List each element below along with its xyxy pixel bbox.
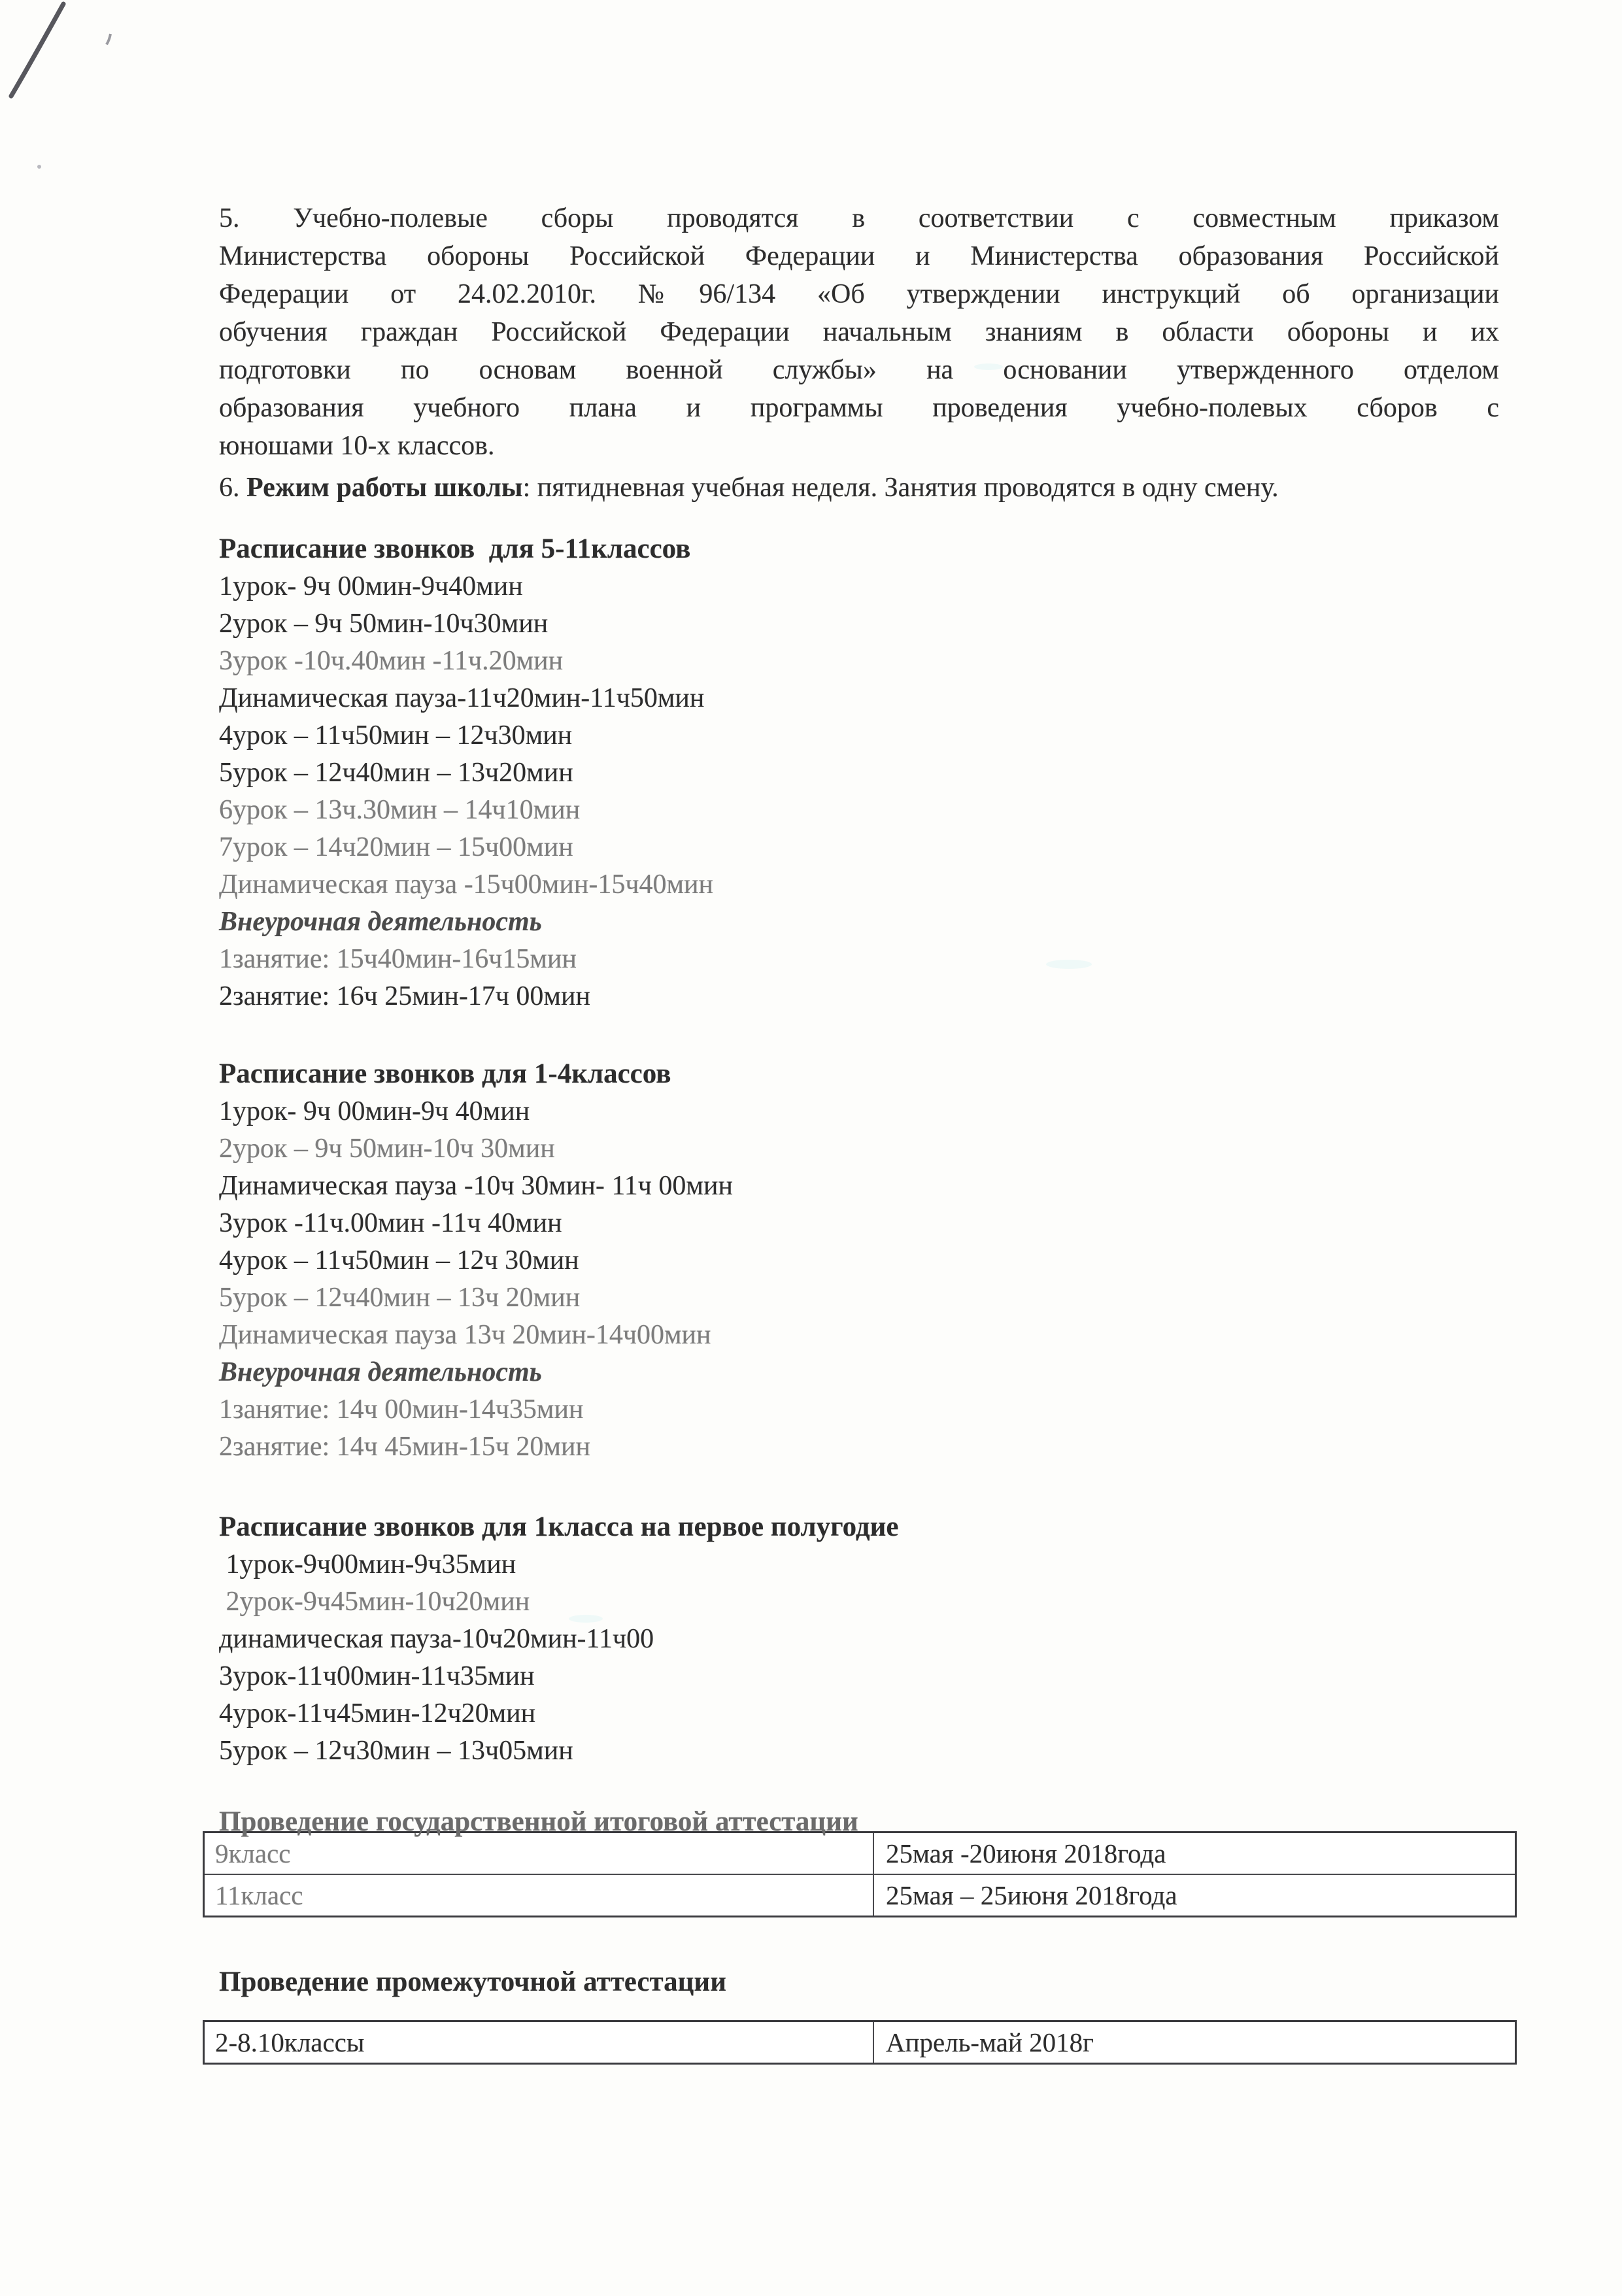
schedule-5-11-lines: 1урок- 9ч 00мин-9ч40мин 2урок – 9ч 50мин… bbox=[219, 567, 1499, 1015]
schedule-line: 3урок -10ч.40мин -11ч.20мин bbox=[219, 642, 1499, 679]
paragraph-field-training: 5. Учебно-полевые сборы проводятся в соо… bbox=[219, 199, 1499, 427]
paragraph-line: 5. Учебно-полевые сборы проводятся в соо… bbox=[219, 199, 1499, 237]
schedule-line: 5урок – 12ч40мин – 13ч 20мин bbox=[219, 1279, 1499, 1316]
paragraph-school-regime: 6. Режим работы школы: пятидневная учебн… bbox=[219, 469, 1499, 507]
schedule-line: 3урок-11ч00мин-11ч35мин bbox=[219, 1657, 1499, 1695]
schedule-line: 2урок – 9ч 50мин-10ч30мин bbox=[219, 605, 1499, 642]
schedule-line: 4урок – 11ч50мин – 12ч 30мин bbox=[219, 1241, 1499, 1279]
schedule-1-4-title: Расписание звонков для 1-4классов bbox=[219, 1055, 1499, 1092]
schedule-line: Динамическая пауза -10ч 30мин- 11ч 00мин bbox=[219, 1167, 1499, 1204]
schedule-line: динамическая пауза-10ч20мин-11ч00 bbox=[219, 1620, 1499, 1657]
schedule-line: Динамическая пауза-11ч20мин-11ч50мин bbox=[219, 679, 1499, 717]
schedule-line: Динамическая пауза 13ч 20мин-14ч00мин bbox=[219, 1316, 1499, 1353]
schedule-line: 1урок- 9ч 00мин-9ч40мин bbox=[219, 567, 1499, 605]
table-cell-dates: Апрель-май 2018г bbox=[874, 2022, 1515, 2063]
schedule-line: 1занятие: 14ч 00мин-14ч35мин bbox=[219, 1391, 1499, 1428]
paragraph-last-line: юношами 10-х классов. bbox=[219, 427, 1499, 465]
table-cell-dates: 25мая – 25июня 2018года bbox=[874, 1875, 1515, 1916]
schedule-1-4-lines: 1урок- 9ч 00мин-9ч 40мин 2урок – 9ч 50ми… bbox=[219, 1092, 1499, 1465]
schedule-line: 1урок- 9ч 00мин-9ч 40мин bbox=[219, 1092, 1499, 1130]
paragraph-line: Федерации от 24.02.2010г. №96/134 «Об ут… bbox=[219, 275, 1499, 313]
schedule-1-4-section: Расписание звонков для 1-4классов 1урок-… bbox=[219, 1055, 1499, 1465]
schedule-line: 2занятие: 14ч 45мин-15ч 20мин bbox=[219, 1428, 1499, 1465]
table-cell-class: 11класс bbox=[205, 1875, 874, 1916]
paragraph-line: подготовки по основам военной службы» на… bbox=[219, 351, 1499, 389]
scanned-document-page: 5. Учебно-полевые сборы проводятся в соо… bbox=[0, 0, 1622, 2296]
schedule-line: Внеурочная деятельность bbox=[219, 1353, 1499, 1391]
schedule-line: 4урок – 11ч50мин – 12ч30мин bbox=[219, 717, 1499, 754]
schedule-5-11-title: Расписание звонков для 5-11классов bbox=[219, 530, 1499, 567]
paragraph-number: 6. bbox=[219, 473, 246, 503]
interim-attestation-title: Проведение промежуточной аттестации bbox=[219, 1963, 1499, 2001]
schedule-line: 1занятие: 15ч40мин-16ч15мин bbox=[219, 940, 1499, 977]
table-row: 2-8.10классы Апрель-май 2018г bbox=[205, 2022, 1515, 2063]
regime-rest: : пятидневная учебная неделя. Занятия пр… bbox=[523, 473, 1279, 503]
schedule-line: Динамическая пауза -15ч00мин-15ч40мин bbox=[219, 866, 1499, 903]
schedule-grade1-title: Расписание звонков для 1класса на первое… bbox=[219, 1508, 1499, 1545]
regime-bold-lead: Режим работы школы bbox=[246, 473, 523, 503]
schedule-line: 6урок – 13ч.30мин – 14ч10мин bbox=[219, 791, 1499, 828]
paragraph-line: обучения граждан Российской Федерации на… bbox=[219, 313, 1499, 351]
pen-stroke-artifact bbox=[0, 0, 170, 196]
table-cell-class: 2-8.10классы bbox=[205, 2022, 874, 2063]
schedule-line: Внеурочная деятельность bbox=[219, 903, 1499, 940]
schedule-line: 2урок-9ч45мин-10ч20мин bbox=[219, 1583, 1499, 1620]
interim-attestation-table: 2-8.10классы Апрель-май 2018г bbox=[203, 2020, 1517, 2065]
schedule-line: 5урок – 12ч40мин – 13ч20мин bbox=[219, 754, 1499, 791]
table-cell-class: 9класс bbox=[205, 1833, 874, 1874]
gia-table: 9класс 25мая -20июня 2018года 11класс 25… bbox=[203, 1831, 1517, 1917]
schedule-line: 4урок-11ч45мин-12ч20мин bbox=[219, 1695, 1499, 1732]
schedule-grade1-lines: 1урок-9ч00мин-9ч35мин 2урок-9ч45мин-10ч2… bbox=[219, 1545, 1499, 1769]
gia-section: Проведение государственной итоговой атте… bbox=[219, 1803, 1499, 1917]
schedule-line: 3урок -11ч.00мин -11ч 40мин bbox=[219, 1204, 1499, 1241]
schedule-5-11-section: Расписание звонков для 5-11классов 1урок… bbox=[219, 530, 1499, 1015]
schedule-line: 2занятие: 16ч 25мин-17ч 00мин bbox=[219, 977, 1499, 1015]
schedule-line: 5урок – 12ч30мин – 13ч05мин bbox=[219, 1732, 1499, 1769]
schedule-line: 2урок – 9ч 50мин-10ч 30мин bbox=[219, 1130, 1499, 1167]
paragraph-line: образования учебного плана и программы п… bbox=[219, 389, 1499, 427]
table-row: 9класс 25мая -20июня 2018года bbox=[205, 1833, 1515, 1874]
table-cell-dates: 25мая -20июня 2018года bbox=[874, 1833, 1515, 1874]
schedule-line: 7урок – 14ч20мин – 15ч00мин bbox=[219, 828, 1499, 866]
interim-attestation-section: Проведение промежуточной аттестации 2-8.… bbox=[219, 1963, 1499, 2065]
paragraph-line: Министерства обороны Российской Федераци… bbox=[219, 237, 1499, 275]
schedule-line: 1урок-9ч00мин-9ч35мин bbox=[219, 1545, 1499, 1583]
table-row: 11класс 25мая – 25июня 2018года bbox=[205, 1874, 1515, 1916]
schedule-grade1-section: Расписание звонков для 1класса на первое… bbox=[219, 1508, 1499, 1769]
